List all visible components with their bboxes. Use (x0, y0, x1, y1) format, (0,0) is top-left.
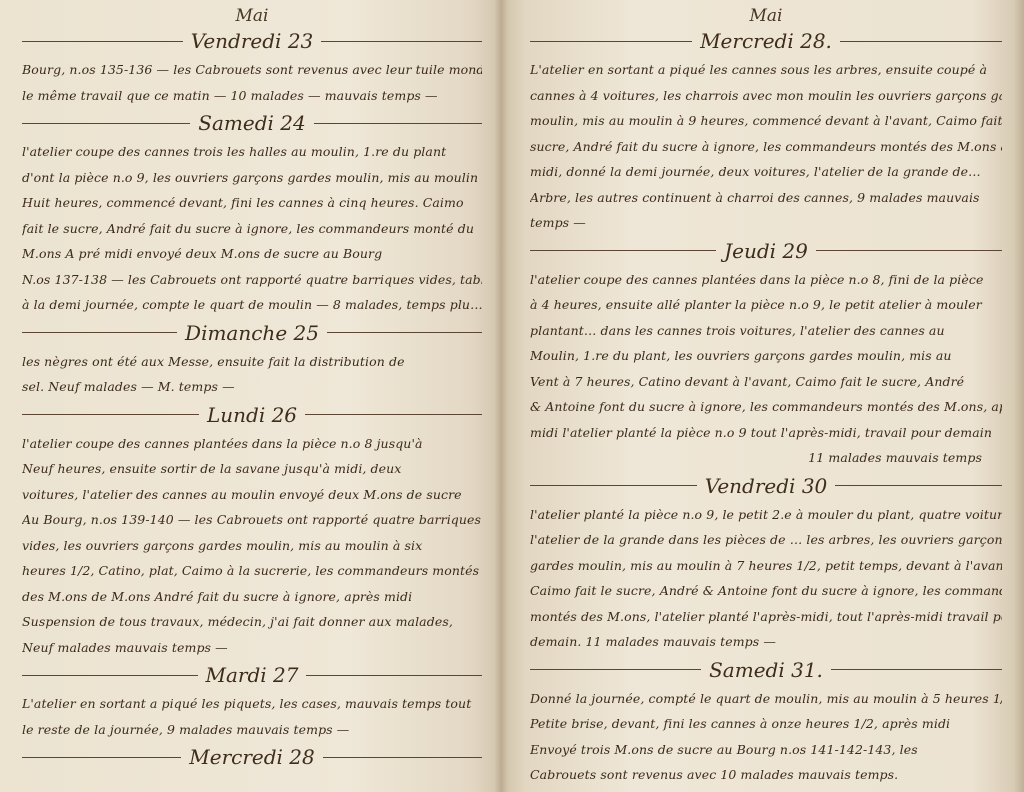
heading-rule (530, 485, 697, 486)
text-line: N.os 137-138 — les Cabrouets ont rapport… (22, 267, 482, 293)
text-line: Caimo fait le sucre, André & Antoine fon… (530, 578, 1002, 604)
day-label: Dimanche 25 (185, 321, 319, 345)
day-label: Lundi 26 (207, 403, 297, 427)
text-line: Huit heures, commencé devant, fini les c… (22, 190, 482, 216)
text-line: l'atelier coupe des cannes plantées dans… (22, 431, 482, 457)
text-line: Bourg, n.os 135-136 — les Cabrouets sont… (22, 57, 482, 83)
day-label: Mercredi 28. (700, 29, 832, 53)
text-line: Suspension de tous travaux, médecin, j'a… (22, 609, 482, 635)
text-line: le même travail que ce matin — 10 malade… (22, 83, 482, 109)
heading-rule (22, 414, 199, 415)
text-line: demain. 11 malades mauvais temps — (530, 629, 1002, 655)
text-line: Neuf heures, ensuite sortir de la savane… (22, 456, 482, 482)
heading-rule (530, 41, 692, 42)
text-line: M.ons A pré midi envoyé deux M.ons de su… (22, 241, 482, 267)
month-heading: Mai (530, 6, 1002, 26)
text-line: midi, donné la demi journée, deux voitur… (530, 159, 1002, 185)
day-label: Vendredi 23 (191, 29, 314, 53)
day-heading: Lundi 26 (22, 402, 482, 428)
text-line: Vent à 7 heures, Catino devant à l'avant… (530, 369, 1002, 395)
text-line: & Antoine font du sucre à ignore, les co… (530, 394, 1002, 420)
text-line: l'atelier de la grande dans les pièces d… (530, 527, 1002, 553)
day-heading: Samedi 31. (530, 657, 1002, 683)
text-line: plantant… dans les cannes trois voitures… (530, 318, 1002, 344)
heading-rule (314, 123, 482, 124)
heading-rule (530, 669, 701, 670)
month-heading: Mai (22, 6, 482, 26)
heading-rule (530, 250, 716, 251)
text-line: cannes à 4 voitures, les charrois avec m… (530, 83, 1002, 109)
text-line: L'atelier en sortant a piqué les cannes … (530, 57, 1002, 83)
heading-rule (22, 757, 181, 758)
day-heading: Mercredi 28. (530, 28, 1002, 54)
heading-rule (321, 41, 482, 42)
day-heading: Mardi 27 (22, 662, 482, 688)
text-line: Arbre, les autres continuent à charroi d… (530, 185, 1002, 211)
text-line: des M.ons de M.ons André fait du sucre à… (22, 584, 482, 610)
text-line: heures 1/2, Catino, plat, Caimo à la suc… (22, 558, 482, 584)
day-heading: Samedi 24 (22, 110, 482, 136)
text-line: sucre, André fait du sucre à ignore, les… (530, 134, 1002, 160)
text-line: Cabrouets sont revenus avec 10 malades m… (530, 762, 1002, 788)
text-line: à la demi journée, compte le quart de mo… (22, 292, 482, 318)
heading-rule (306, 675, 482, 676)
day-label: Vendredi 30 (705, 474, 828, 498)
text-line: Neuf malades mauvais temps — (22, 635, 482, 661)
text-line: Moulin, 1.re du plant, les ouvriers garç… (530, 343, 1002, 369)
text-line: voitures, l'atelier des cannes au moulin… (22, 482, 482, 508)
text-line: l'atelier coupe des cannes plantées dans… (530, 267, 1002, 293)
heading-rule (831, 669, 1002, 670)
day-label: Samedi 24 (198, 111, 305, 135)
heading-rule (305, 414, 482, 415)
journal-spread: Mai Vendredi 23 Bourg, n.os 135-136 — le… (0, 0, 1024, 792)
text-line: Donné la journée, compté le quart de mou… (530, 686, 1002, 712)
text-line: temps — (530, 210, 1002, 236)
heading-rule (22, 123, 190, 124)
day-heading: Vendredi 30 (530, 473, 1002, 499)
text-line: moulin, mis au moulin à 9 heures, commen… (530, 108, 1002, 134)
left-page: Mai Vendredi 23 Bourg, n.os 135-136 — le… (0, 0, 500, 792)
heading-rule (22, 675, 198, 676)
heading-rule (327, 332, 482, 333)
text-line: d'ont la pièce n.o 9, les ouvriers garço… (22, 165, 482, 191)
heading-rule (840, 41, 1002, 42)
heading-rule (816, 250, 1002, 251)
text-line: le reste de la journée, 9 malades mauvai… (22, 717, 482, 743)
right-page: Mai Mercredi 28. L'atelier en sortant a … (500, 0, 1024, 792)
text-line: fait le sucre, André fait du sucre à ign… (22, 216, 482, 242)
day-heading: Mercredi 28 (22, 744, 482, 770)
text-line: montés des M.ons, l'atelier planté l'apr… (530, 604, 1002, 630)
text-line: Petite brise, devant, fini les cannes à … (530, 711, 1002, 737)
heading-rule (835, 485, 1002, 486)
text-line: à 4 heures, ensuite allé planter la pièc… (530, 292, 1002, 318)
text-line: vides, les ouvriers garçons gardes mouli… (22, 533, 482, 559)
text-line: gardes moulin, mis au moulin à 7 heures … (530, 553, 1002, 579)
heading-rule (323, 757, 482, 758)
day-heading: Dimanche 25 (22, 320, 482, 346)
text-line: Au Bourg, n.os 139-140 — les Cabrouets o… (22, 507, 482, 533)
text-line: Envoyé trois M.ons de sucre au Bourg n.o… (530, 737, 1002, 763)
day-label: Jeudi 29 (724, 239, 808, 263)
day-heading: Vendredi 23 (22, 28, 482, 54)
text-line: les nègres ont été aux Messe, ensuite fa… (22, 349, 482, 375)
text-line: 11 malades mauvais temps (530, 445, 1002, 471)
text-line: midi l'atelier planté la pièce n.o 9 tou… (530, 420, 1002, 446)
text-line: l'atelier planté la pièce n.o 9, le peti… (530, 502, 1002, 528)
day-heading: Jeudi 29 (530, 238, 1002, 264)
text-line: l'atelier coupe des cannes trois les hal… (22, 139, 482, 165)
heading-rule (22, 332, 177, 333)
day-label: Mercredi 28 (189, 745, 314, 769)
text-line: sel. Neuf malades — M. temps — (22, 374, 482, 400)
day-label: Mardi 27 (206, 663, 299, 687)
day-label: Samedi 31. (709, 658, 823, 682)
text-line: L'atelier en sortant a piqué les piquets… (22, 691, 482, 717)
heading-rule (22, 41, 183, 42)
